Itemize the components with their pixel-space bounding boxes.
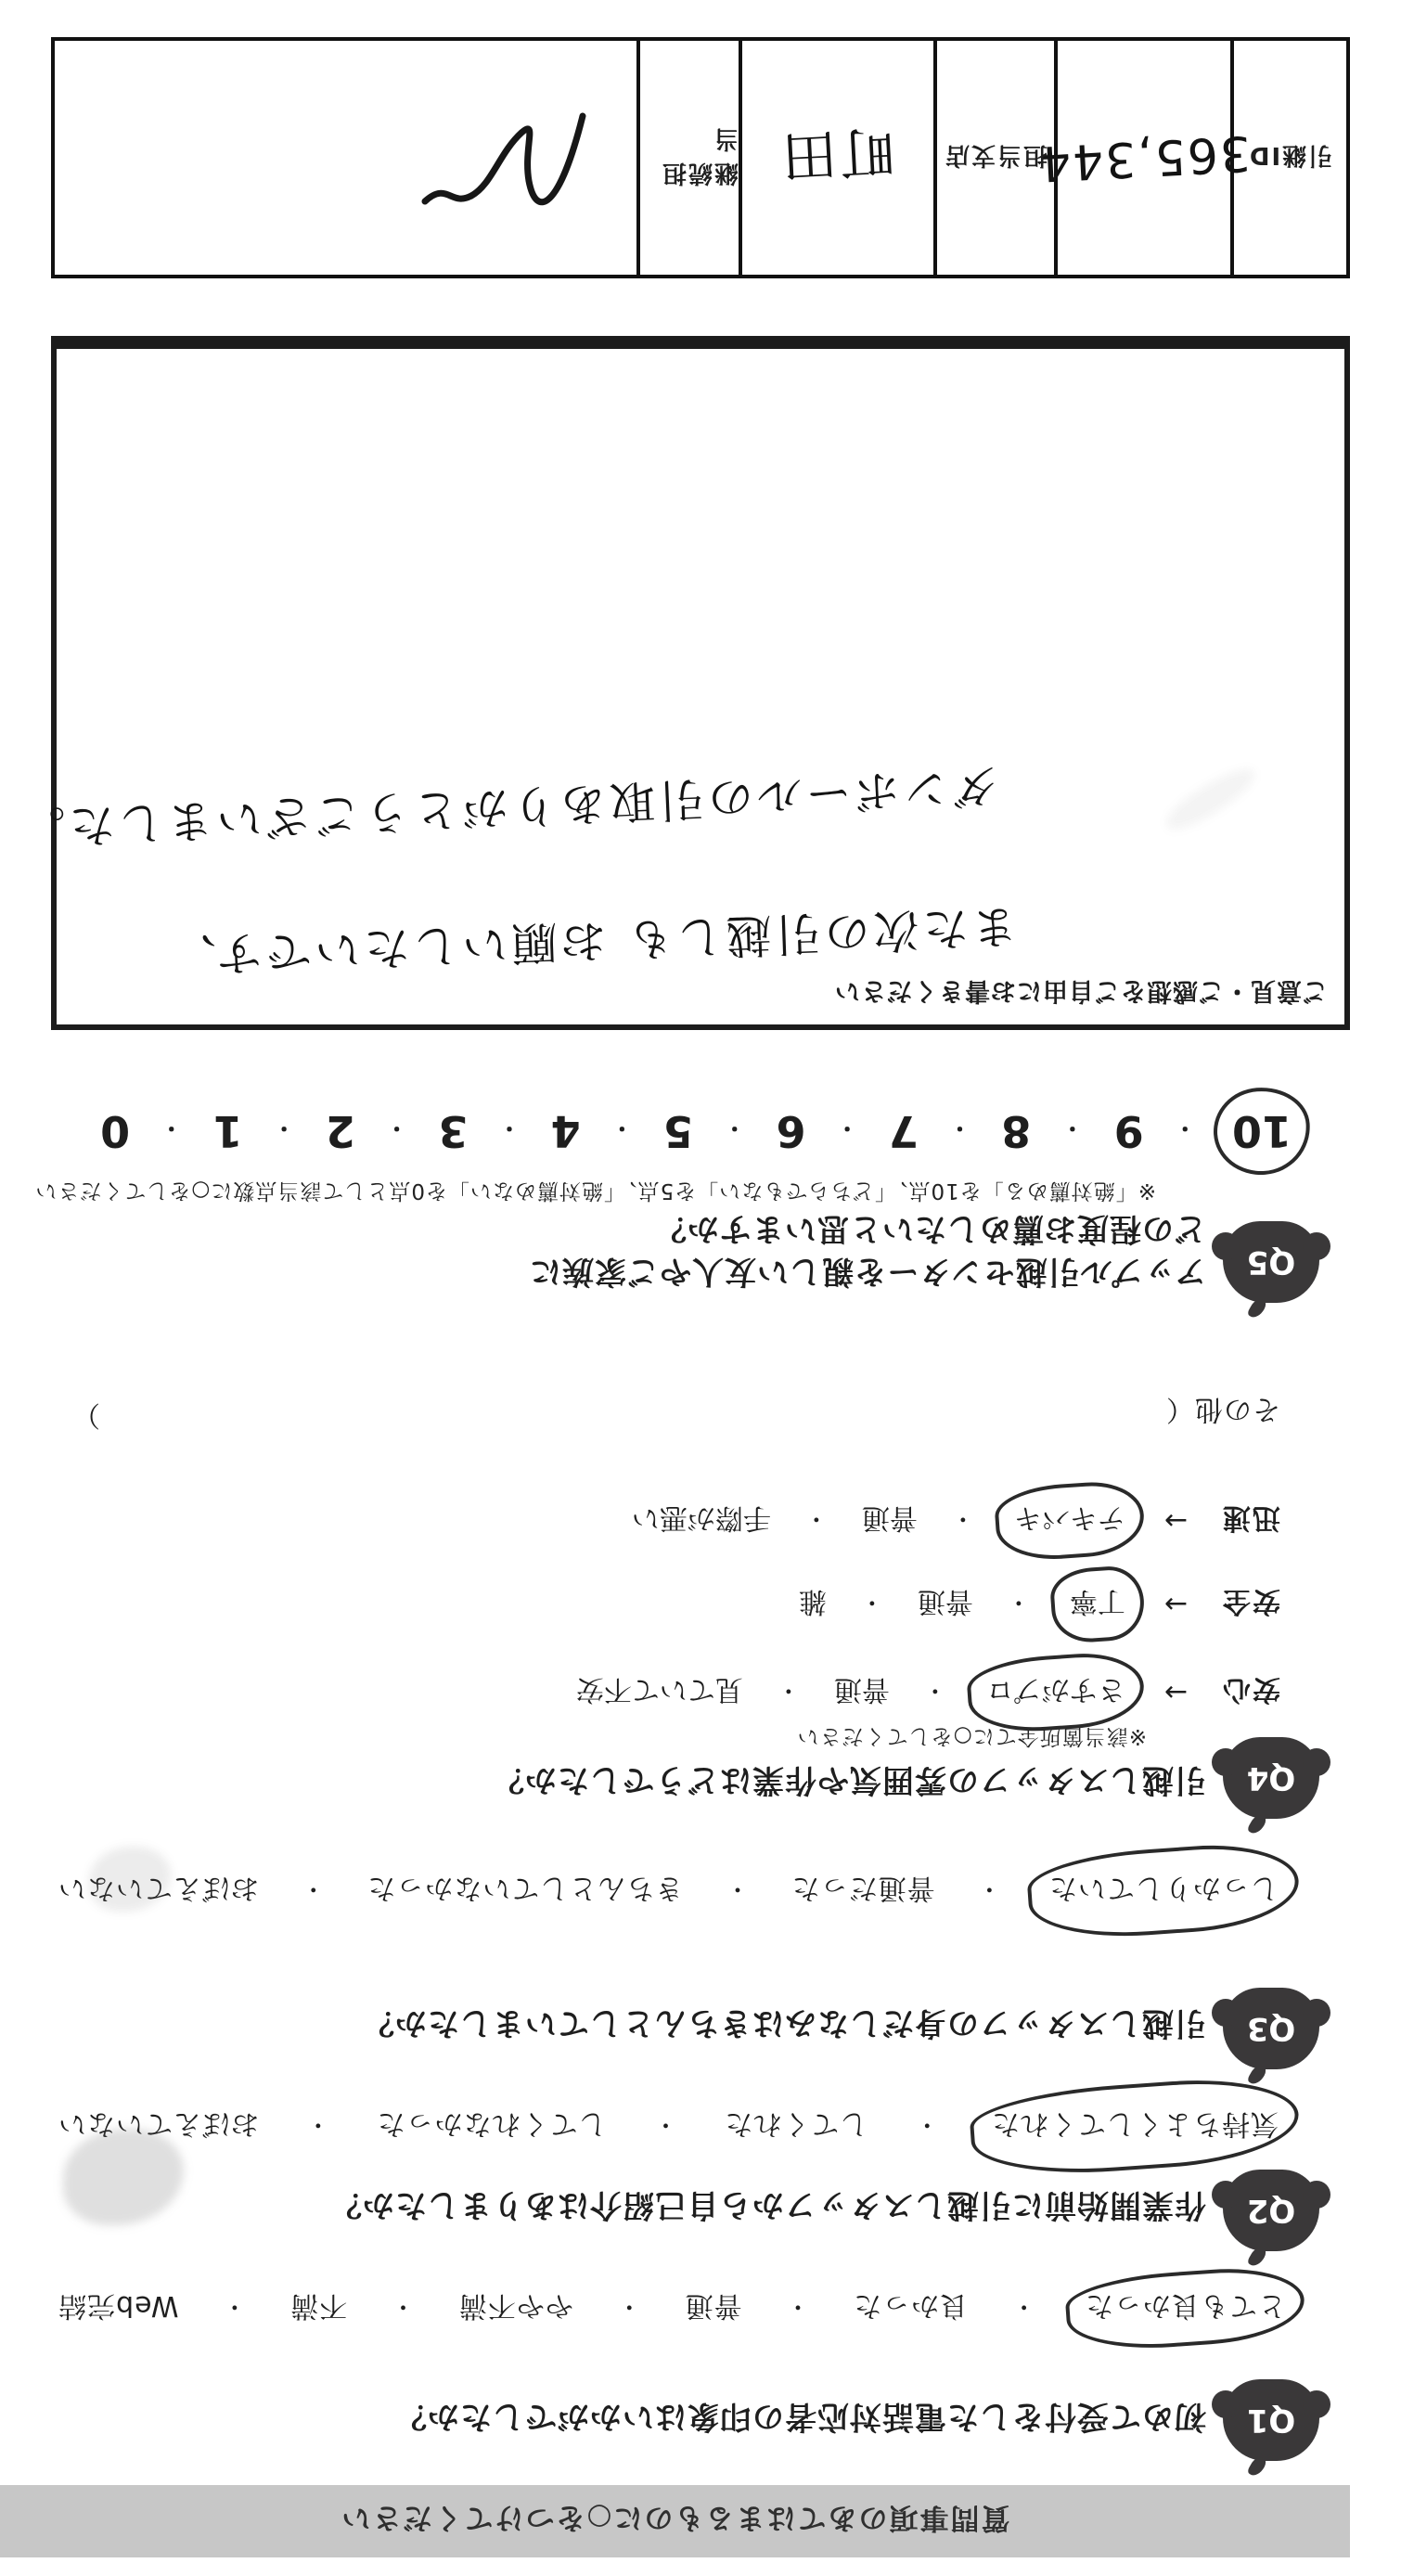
mascot-leaf-icon bbox=[1246, 2063, 1267, 2087]
q4-option: 雑 bbox=[799, 1584, 827, 1625]
q1-option: 不満 bbox=[289, 2288, 347, 2329]
scale-separator: ・ bbox=[273, 1115, 295, 1148]
q1-badge-mascot-icon: Q1 bbox=[1223, 2379, 1319, 2461]
q3-question-text: 引越しスタッフの身だしなみはきちんとしていましたか？ bbox=[362, 2003, 1206, 2049]
q4-row-label: 安心 bbox=[1221, 1672, 1280, 1713]
arrow-right-icon: → bbox=[1164, 1589, 1188, 1621]
option-separator: ・ bbox=[305, 2110, 330, 2145]
handwritten-id-value: 365,344 bbox=[1036, 124, 1252, 191]
scale-value: 7 bbox=[889, 1106, 919, 1156]
upside-down-scan-content: 質問事項のあてはまるものに○をつけてください Q1 初めて受付をした電話対応者の… bbox=[0, 0, 1401, 2576]
q5-scale-selected-circle: 10 bbox=[1227, 1104, 1297, 1158]
handoff-signature-cell bbox=[55, 41, 636, 275]
handoff-table: 引継ID 365,344 担当支店 町田 継続担当 bbox=[51, 37, 1350, 278]
option-separator: ・ bbox=[923, 1676, 947, 1710]
mascot-leaf-icon bbox=[1246, 2454, 1267, 2479]
q3-option: しっかりしていた bbox=[1048, 1872, 1279, 1904]
q4-row-label: 安全 bbox=[1221, 1584, 1280, 1625]
instruction-bar: 質問事項のあてはまるものに○をつけてください bbox=[0, 2485, 1350, 2557]
q1-badge-label: Q1 bbox=[1247, 2402, 1296, 2439]
mascot-ear-icon bbox=[1303, 1748, 1330, 1776]
q3-badge-mascot-icon: Q3 bbox=[1223, 1988, 1319, 2069]
q4-option: 普通 bbox=[834, 1672, 890, 1713]
q4-option: 丁寧 bbox=[1070, 1585, 1125, 1617]
handoff-id-label: 引継ID bbox=[1248, 141, 1332, 175]
option-separator: ・ bbox=[860, 1588, 884, 1622]
q2-options: 気持ちよくしてくれた ・ してくれた ・ してくれなかった ・ おぼえていない bbox=[58, 2105, 1284, 2149]
option-separator: ・ bbox=[914, 2110, 939, 2145]
q2-option: 気持ちよくしてくれた bbox=[991, 2107, 1279, 2140]
staff-signature-squiggle-icon bbox=[388, 79, 611, 237]
q4-row-jinsoku: 迅速 → テキパキ ・ 普通 ・ 手際が悪い bbox=[632, 1499, 1280, 1543]
option-separator: ・ bbox=[725, 1874, 750, 1909]
q4-row2-selected-circle: 丁寧 bbox=[1064, 1582, 1131, 1627]
mascot-ear-icon bbox=[1212, 2390, 1240, 2418]
q4-badge-label: Q4 bbox=[1247, 1759, 1296, 1797]
scanned-survey-sheet: 質問事項のあてはまるものに○をつけてください Q1 初めて受付をした電話対応者の… bbox=[0, 0, 1401, 2576]
mascot-ear-icon bbox=[1212, 1999, 1240, 2027]
handwritten-comment-line2: ダンボールの引取ありがとうございました。 bbox=[15, 756, 1000, 864]
q4-row3-selected-circle: テキパキ bbox=[1009, 1499, 1131, 1543]
q4-other-open: その他（ bbox=[1165, 1392, 1280, 1433]
scale-value: 6 bbox=[776, 1106, 805, 1156]
scale-value: 3 bbox=[438, 1106, 468, 1156]
scale-value: 9 bbox=[1114, 1106, 1144, 1156]
scale-separator: ・ bbox=[1061, 1115, 1084, 1148]
mascot-ear-icon bbox=[1303, 1232, 1330, 1260]
q4-other-close: ） bbox=[71, 1397, 100, 1438]
mascot-leaf-icon bbox=[1246, 1812, 1267, 1836]
q1-option: やや不満 bbox=[458, 2288, 573, 2329]
option-separator: ・ bbox=[301, 1874, 326, 1909]
option-separator: ・ bbox=[804, 1504, 829, 1539]
q1-option: 良かった bbox=[853, 2288, 968, 2329]
handoff-branch-label-cell: 担当支店 bbox=[933, 41, 1054, 275]
arrow-right-icon: → bbox=[1164, 1505, 1188, 1538]
handoff-staff-label: 継続担当 bbox=[640, 123, 739, 192]
mascot-leaf-icon bbox=[1246, 1296, 1267, 1320]
q5-question-line1: アップル引越センターを親しい友人やご家族に bbox=[529, 1252, 1206, 1297]
q4-option: 普通 bbox=[918, 1584, 973, 1625]
q5-nps-scale: 10 ・ 9 ・ 8 ・ 7 ・ 6 ・ 5 ・ 4 ・ 3 ・ 2 ・ 1 ・… bbox=[100, 1104, 1297, 1158]
q4-option: さすがプロ bbox=[986, 1673, 1125, 1706]
scale-value: 1 bbox=[212, 1106, 242, 1156]
arrow-right-icon: → bbox=[1164, 1677, 1188, 1709]
option-separator: ・ bbox=[391, 2292, 416, 2326]
option-separator: ・ bbox=[616, 2292, 641, 2326]
handoff-id-value-cell: 365,344 bbox=[1054, 41, 1230, 275]
q2-badge-mascot-icon: Q2 bbox=[1223, 2170, 1319, 2251]
q4-note: ※該当箇所全てに○をしてください bbox=[797, 1723, 1147, 1754]
q4-option: 見ていて不安 bbox=[576, 1672, 743, 1713]
handwritten-branch-value: 町田 bbox=[778, 115, 897, 200]
option-separator: ・ bbox=[1007, 1588, 1031, 1622]
mascot-ear-icon bbox=[1212, 2181, 1240, 2209]
q2-option: してくれた bbox=[724, 2106, 868, 2147]
scale-value: 5 bbox=[663, 1106, 693, 1156]
scale-separator: ・ bbox=[611, 1115, 633, 1148]
scale-separator: ・ bbox=[836, 1115, 858, 1148]
q4-row-label: 迅速 bbox=[1221, 1501, 1280, 1541]
q2-option: してくれなかった bbox=[377, 2106, 607, 2147]
q3-option: きちんとしていなかった bbox=[366, 1871, 683, 1912]
scan-smudge bbox=[63, 2129, 184, 2225]
q3-selected-circle: しっかりしていた bbox=[1043, 1869, 1284, 1913]
q1-option: Web完結 bbox=[58, 2288, 178, 2329]
scale-separator: ・ bbox=[161, 1115, 183, 1148]
mascot-ear-icon bbox=[1303, 1999, 1330, 2027]
scale-separator: ・ bbox=[386, 1115, 408, 1148]
mascot-ear-icon bbox=[1212, 1748, 1240, 1776]
option-separator: ・ bbox=[785, 2292, 810, 2326]
instruction-bar-label: 質問事項のあてはまるものに○をつけてください bbox=[340, 2501, 1009, 2543]
scale-value: 8 bbox=[1001, 1106, 1031, 1156]
q4-row-anshin: 安心 → さすがプロ ・ 普通 ・ 見ていて不安 bbox=[576, 1670, 1280, 1715]
option-separator: ・ bbox=[976, 1874, 1001, 1909]
scale-separator: ・ bbox=[949, 1115, 971, 1148]
q4-question-text: 引越しスタッフの雰囲気や作業はどうでしたか？ bbox=[492, 1760, 1206, 1806]
q3-options: しっかりしていた ・ 普通だった ・ きちんとしていなかった ・ おぼえていない bbox=[58, 1869, 1284, 1913]
q3-option: 普通だった bbox=[791, 1871, 935, 1912]
scale-value: 0 bbox=[100, 1106, 130, 1156]
q4-badge-mascot-icon: Q4 bbox=[1223, 1737, 1319, 1819]
q1-question-text: 初めて受付をした電話対応者の印象はいかがでしたか？ bbox=[394, 2397, 1206, 2442]
option-separator: ・ bbox=[777, 1676, 801, 1710]
handoff-branch-value-cell: 町田 bbox=[739, 41, 933, 275]
scale-value: 4 bbox=[551, 1106, 581, 1156]
q3-badge-label: Q3 bbox=[1247, 2010, 1296, 2047]
q4-option: テキパキ bbox=[1014, 1501, 1125, 1534]
q2-question-text: 作業開始前に引越しスタッフから自己紹介はありましたか？ bbox=[329, 2185, 1206, 2231]
option-separator: ・ bbox=[1011, 2292, 1036, 2326]
q2-badge-label: Q2 bbox=[1247, 2192, 1296, 2229]
mascot-ear-icon bbox=[1303, 2390, 1330, 2418]
q5-badge-label: Q5 bbox=[1247, 1243, 1296, 1281]
comment-box: ご意見・ご感想をご自由にお書きください また次の引越しも お願いしたいです、 ダ… bbox=[51, 336, 1350, 1030]
q5-badge-mascot-icon: Q5 bbox=[1223, 1221, 1319, 1303]
mascot-leaf-icon bbox=[1246, 2245, 1267, 2269]
option-separator: ・ bbox=[222, 2292, 247, 2326]
q4-option: 普通 bbox=[862, 1501, 918, 1541]
q1-option: とても良かった bbox=[1085, 2289, 1286, 2322]
scale-value: 10 bbox=[1232, 1106, 1292, 1156]
q5-question-line2: どの程度お薦めしたいと思いますか？ bbox=[654, 1209, 1206, 1255]
option-separator: ・ bbox=[951, 1504, 975, 1539]
handoff-staff-label-cell: 継続担当 bbox=[636, 41, 739, 275]
comment-box-label: ご意見・ご感想をご自由にお書きください bbox=[834, 975, 1328, 1011]
scale-value: 2 bbox=[326, 1106, 355, 1156]
mascot-ear-icon bbox=[1212, 1232, 1240, 1260]
q4-row-anzen: 安全 → 丁寧 ・ 普通 ・ 雑 bbox=[799, 1582, 1280, 1627]
q4-option: 手際が悪い bbox=[632, 1501, 771, 1541]
q1-options: とても良かった ・ 良かった ・ 普通 ・ やや不満 ・ 不満 ・ Web完結 bbox=[58, 2286, 1292, 2331]
q5-note: ※「絶対薦める」を10点、「どちらでもない」を5点、「絶対薦めない」を0点として… bbox=[34, 1178, 1156, 1208]
q1-selected-circle: とても良かった bbox=[1079, 2286, 1292, 2331]
q4-row1-selected-circle: さすがプロ bbox=[981, 1670, 1131, 1715]
q2-selected-circle: 気持ちよくしてくれた bbox=[985, 2105, 1284, 2149]
handoff-branch-label: 担当支店 bbox=[944, 141, 1048, 175]
scale-separator: ・ bbox=[498, 1115, 521, 1148]
mascot-ear-icon bbox=[1303, 2181, 1330, 2209]
scale-separator: ・ bbox=[724, 1115, 746, 1148]
option-separator: ・ bbox=[653, 2110, 678, 2145]
scale-separator: ・ bbox=[1174, 1115, 1196, 1148]
q1-option: 普通 bbox=[685, 2288, 742, 2329]
